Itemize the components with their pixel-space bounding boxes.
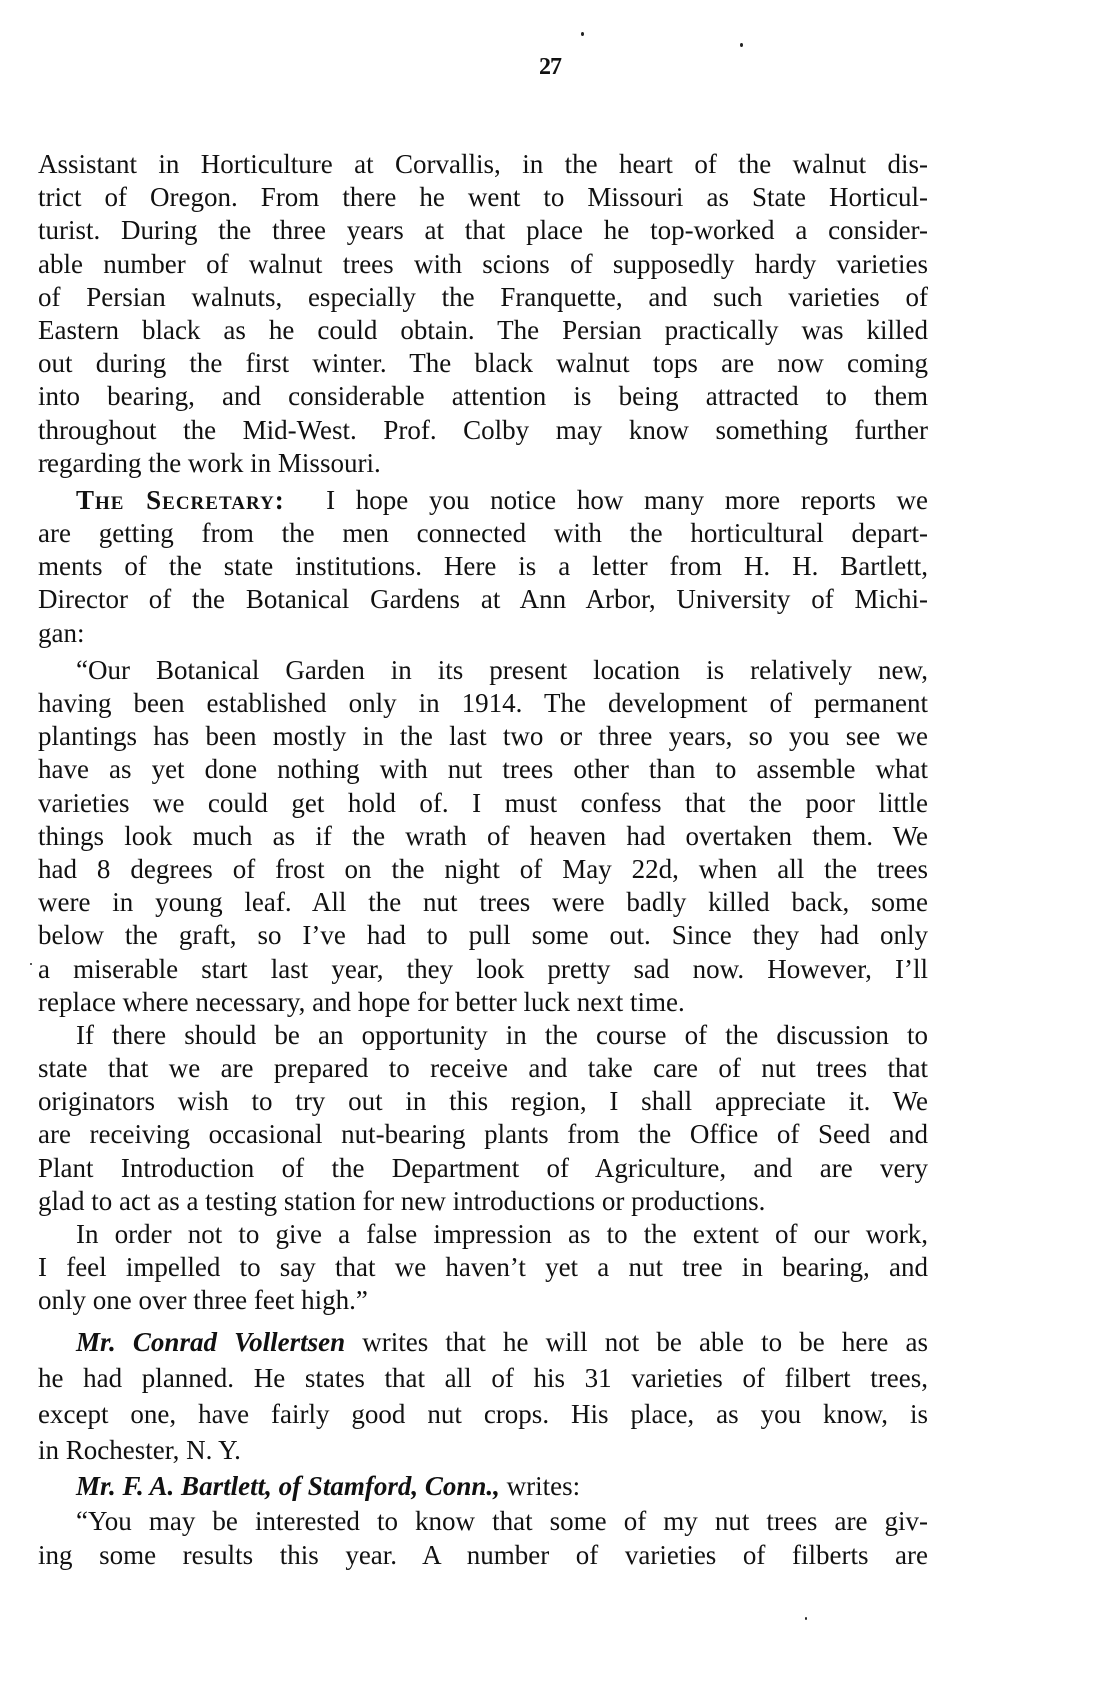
scan-speck <box>805 1617 807 1620</box>
text-line: varieties we could get hold of. I must c… <box>38 787 928 820</box>
paragraph-testing-station: If there should be an opportunity in the… <box>38 1019 928 1218</box>
text-line: state that we are prepared to receive an… <box>38 1052 928 1085</box>
paragraph-secretary: The Secretary: I hope you notice how man… <box>38 484 928 650</box>
text-line: in Rochester, N. Y. <box>38 1432 928 1468</box>
text-line: ing some results this year. A number of … <box>38 1538 928 1572</box>
text-line: a miserable start last year, they look p… <box>38 953 928 986</box>
text-line: into bearing, and considerable attention… <box>38 380 928 413</box>
text-line: “Our Botanical Garden in its present loc… <box>38 654 928 687</box>
scan-speck <box>47 459 49 461</box>
text-line: I feel impelled to say that we haven’t y… <box>38 1251 928 1284</box>
text-line: If there should be an opportunity in the… <box>38 1019 928 1052</box>
text-line: Plant Introduction of the Department of … <box>38 1152 928 1185</box>
text-line-content: writes: <box>507 1471 581 1501</box>
text-line-with-name: Mr. Conrad Vollertsen writes that he wil… <box>38 1324 928 1360</box>
scan-speck <box>740 43 743 47</box>
text-line: In order not to give a false impression … <box>38 1218 928 1251</box>
speaker-label: The Secretary: <box>76 485 285 515</box>
text-line-with-speaker: The Secretary: I hope you notice how man… <box>38 484 928 517</box>
paragraph-false-impression: In order not to give a false impression … <box>38 1218 928 1318</box>
text-line: ments of the state institutions. Here is… <box>38 550 928 583</box>
text-line: only one over three feet high.” <box>38 1284 928 1317</box>
text-line: he had planned. He states that all of hi… <box>38 1360 928 1396</box>
document-body: Assistant in Horticulture at Corvallis, … <box>38 148 928 1572</box>
text-line: except one, have fairly good nut crops. … <box>38 1396 928 1432</box>
text-line: trict of Oregon. From there he went to M… <box>38 181 928 214</box>
text-line-content: I hope you notice how many more reports … <box>326 485 928 515</box>
text-line: glad to act as a testing station for new… <box>38 1185 928 1218</box>
text-line: able number of walnut trees with scions … <box>38 248 928 281</box>
text-line: of Persian walnuts, especially the Franq… <box>38 281 928 314</box>
text-line: regarding the work in Missouri. <box>38 447 928 480</box>
text-line: Eastern black as he could obtain. The Pe… <box>38 314 928 347</box>
text-line: Director of the Botanical Gardens at Ann… <box>38 583 928 616</box>
person-name: Mr. F. A. Bartlett, of Stamford, Conn., <box>76 1471 500 1501</box>
text-line: Assistant in Horticulture at Corvallis, … <box>38 148 928 181</box>
paragraph-horticulture-missouri: Assistant in Horticulture at Corvallis, … <box>38 148 928 480</box>
text-line-content: writes that he will not be able to be he… <box>362 1327 928 1357</box>
text-line: below the graft, so I’ve had to pull som… <box>38 919 928 952</box>
text-line: have as yet done nothing with nut trees … <box>38 753 928 786</box>
text-line: “You may be interested to know that some… <box>38 1504 928 1538</box>
text-line: throughout the Mid-West. Prof. Colby may… <box>38 414 928 447</box>
text-line-with-name: Mr. F. A. Bartlett, of Stamford, Conn., … <box>38 1468 928 1504</box>
text-line: turist. During the three years at that p… <box>38 214 928 247</box>
text-line: having been established only in 1914. Th… <box>38 687 928 720</box>
text-line: things look much as if the wrath of heav… <box>38 820 928 853</box>
text-line: are receiving occasional nut-bearing pla… <box>38 1118 928 1151</box>
text-line: replace where necessary, and hope for be… <box>38 986 928 1019</box>
person-name: Mr. Conrad Vollertsen <box>76 1327 345 1357</box>
text-line: plantings has been mostly in the last tw… <box>38 720 928 753</box>
text-line: gan: <box>38 617 928 650</box>
page-number: 27 <box>0 54 1100 81</box>
text-line: are getting from the men connected with … <box>38 517 928 550</box>
paragraph-fa-bartlett: Mr. F. A. Bartlett, of Stamford, Conn., … <box>38 1468 928 1504</box>
scan-speck <box>581 32 584 36</box>
text-line: out during the first winter. The black w… <box>38 347 928 380</box>
paragraph-filberts-letter: “You may be interested to know that some… <box>38 1504 928 1572</box>
text-line: originators wish to try out in this regi… <box>38 1085 928 1118</box>
text-line: had 8 degrees of frost on the night of M… <box>38 853 928 886</box>
paragraph-vollertsen: Mr. Conrad Vollertsen writes that he wil… <box>38 1324 928 1468</box>
paragraph-letter-botanical-garden: “Our Botanical Garden in its present loc… <box>38 654 928 1019</box>
scan-speck <box>30 963 32 965</box>
text-line: were in young leaf. All the nut trees we… <box>38 886 928 919</box>
